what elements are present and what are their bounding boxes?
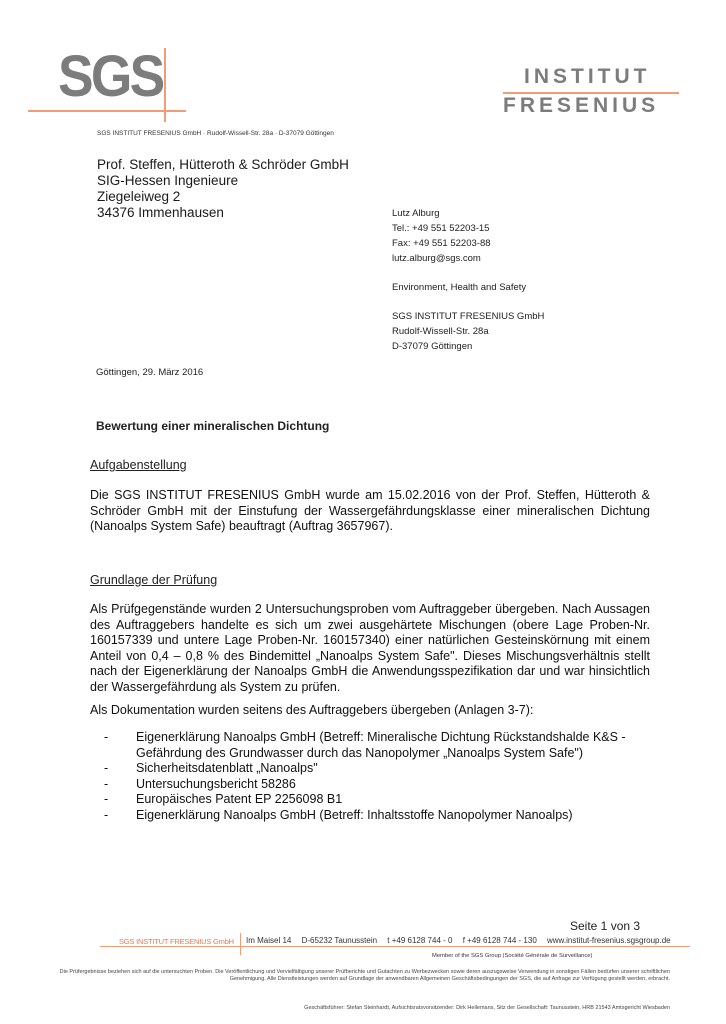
recipient-address: Prof. Steffen, Hütteroth & Schröder GmbH…	[97, 157, 349, 221]
sgs-logo: SGS	[58, 48, 162, 106]
contact-company: SGS INSTITUT FRESENIUS GmbH	[392, 309, 544, 324]
document-list: -Eigenerklärung Nanoalps GmbH (Betreff: …	[104, 730, 664, 823]
section-paragraph: Als Dokumentation wurden seitens des Auf…	[90, 703, 650, 719]
contact-tel: Tel.: +49 551 52203-15	[392, 221, 544, 236]
footer-fax: f +49 6128 744 - 130	[463, 936, 537, 945]
list-dash: -	[104, 792, 108, 808]
list-dash: -	[104, 777, 108, 793]
list-dash: -	[104, 730, 108, 746]
list-item-text: Eigenerklärung Nanoalps GmbH (Betreff: I…	[136, 808, 573, 822]
list-dash: -	[104, 761, 108, 777]
section-paragraph: Die SGS INSTITUT FRESENIUS GmbH wurde am…	[90, 488, 650, 535]
sgs-logo-crossline-vertical	[164, 48, 166, 122]
list-item-text: Europäisches Patent EP 2256098 B1	[136, 792, 342, 806]
letter-subject: Bewertung einer mineralischen Dichtung	[96, 419, 329, 433]
footer-website-link[interactable]: www.institut-fresenius.sgsgroup.de	[547, 936, 671, 945]
footer-street: Im Maisel 14	[246, 936, 291, 945]
contact-email[interactable]: lutz.alburg@sgs.com	[392, 251, 544, 266]
fresenius-logo-line2: FRESENIUS	[503, 95, 659, 116]
recipient-line: SIG-Hessen Ingenieure	[97, 173, 349, 189]
list-item-text: Sicherheitsdatenblatt „Nanoalps"	[136, 761, 318, 775]
footer-address: Im Maisel 14 D-65232 Taunusstein t +49 6…	[246, 936, 679, 945]
contact-street: Rudolf-Wissell-Str. 28a	[392, 324, 544, 339]
recipient-line: Ziegeleiweg 2	[97, 189, 349, 205]
footer-city: D-65232 Taunusstein	[302, 936, 377, 945]
list-dash: -	[104, 808, 108, 824]
footer-disclaimer: Die Prüfergebnisse beziehen sich auf die…	[40, 969, 670, 983]
sgs-logo-crossline-horizontal	[28, 110, 186, 112]
page-number: Seite 1 von 3	[570, 919, 640, 933]
section-heading-grundlage: Grundlage der Prüfung	[90, 573, 217, 587]
footer-divider-horizontal	[100, 946, 690, 947]
sender-return-address: SGS INSTITUT FRESENIUS GmbH · Rudolf-Wis…	[97, 130, 334, 137]
contact-name: Lutz Alburg	[392, 206, 544, 221]
fresenius-logo-line1: INSTITUT	[524, 66, 651, 87]
section-paragraph: Als Prüfgegenstände wurden 2 Untersuchun…	[90, 602, 650, 695]
list-item: -Sicherheitsdatenblatt „Nanoalps"	[104, 761, 664, 777]
footer-phone: t +49 6128 744 - 0	[387, 936, 452, 945]
list-item-text: Untersuchungsbericht 58286	[136, 777, 296, 791]
list-item: -Eigenerklärung Nanoalps GmbH (Betreff: …	[104, 730, 664, 761]
list-item: -Eigenerklärung Nanoalps GmbH (Betreff: …	[104, 808, 664, 824]
contact-department: Environment, Health and Safety	[392, 280, 544, 295]
list-item-text: Eigenerklärung Nanoalps GmbH (Betreff: M…	[136, 730, 626, 760]
list-item: -Europäisches Patent EP 2256098 B1	[104, 792, 664, 808]
section-heading-aufgabenstellung: Aufgabenstellung	[90, 458, 187, 472]
contact-fax: Fax: +49 551 52203-88	[392, 236, 544, 251]
recipient-line: Prof. Steffen, Hütteroth & Schröder GmbH	[97, 157, 349, 173]
footer-management: Geschäftsführer: Stefan Steinhardt, Aufs…	[220, 1005, 670, 1011]
footer-member-note: Member of the SGS Group (Société Général…	[432, 953, 592, 959]
contact-block: Lutz Alburg Tel.: +49 551 52203-15 Fax: …	[392, 206, 544, 354]
letter-date: Göttingen, 29. März 2016	[96, 367, 203, 378]
footer-company: SGS INSTITUT FRESENIUS GmbH	[119, 937, 234, 946]
footer-divider-vertical	[240, 933, 241, 955]
list-item: -Untersuchungsbericht 58286	[104, 777, 664, 793]
contact-city: D-37079 Göttingen	[392, 339, 544, 354]
recipient-line: 34376 Immenhausen	[97, 205, 349, 221]
